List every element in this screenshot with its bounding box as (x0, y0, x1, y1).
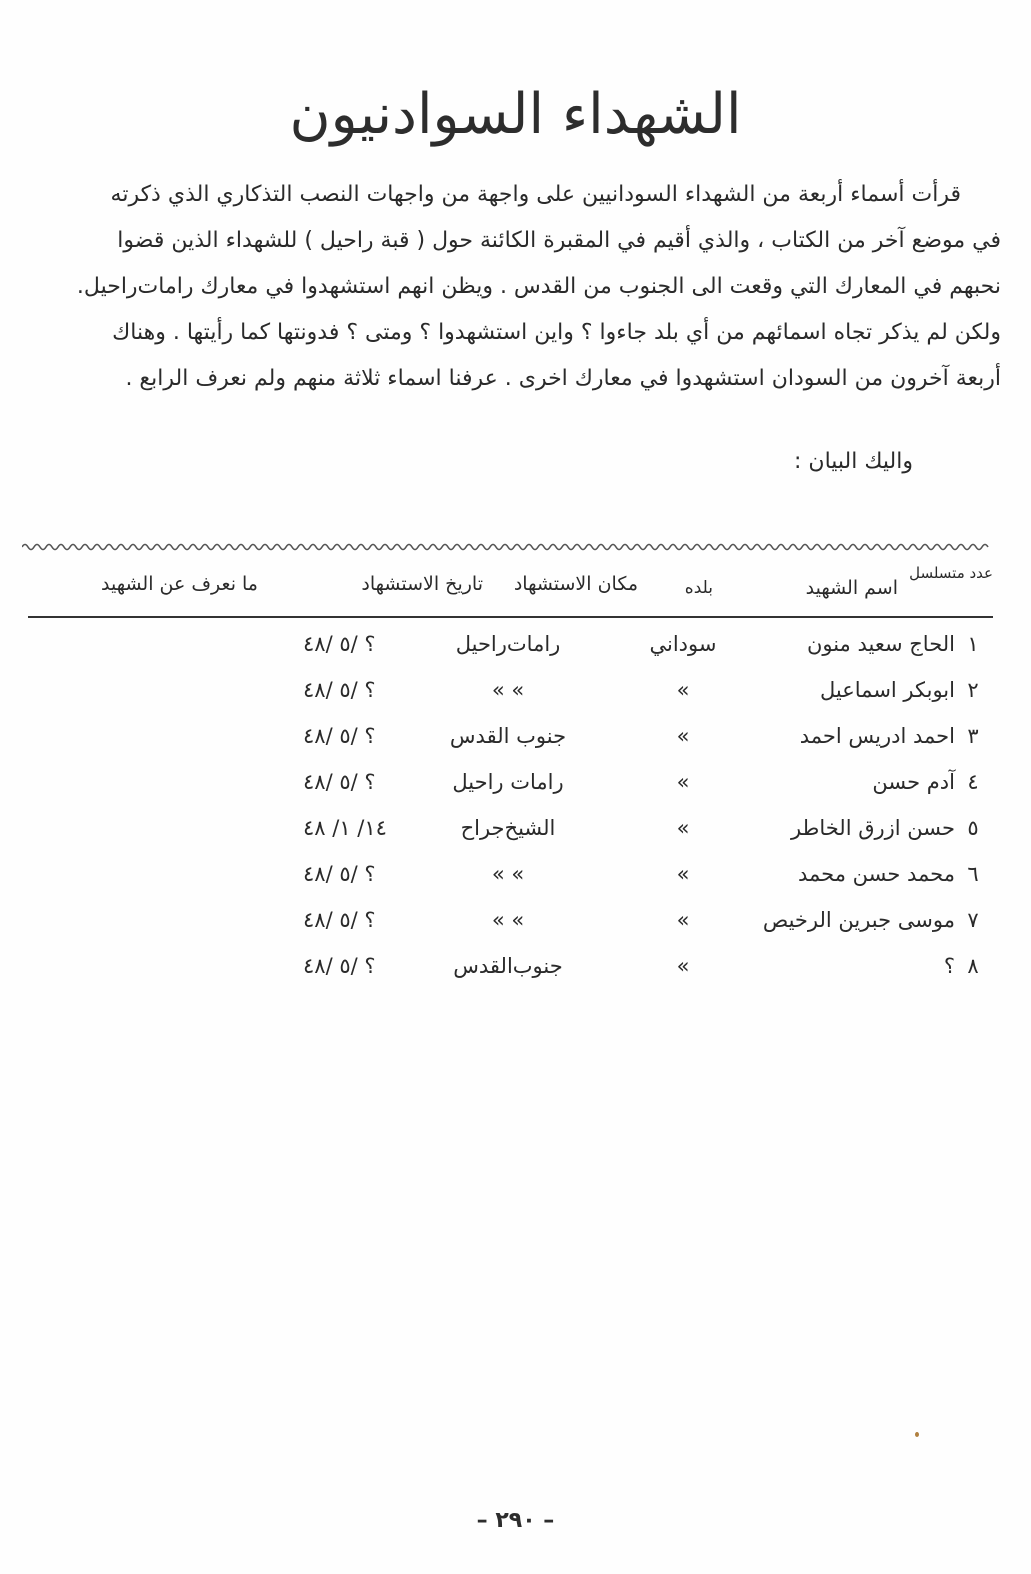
martyrs-table: عدد متسلسل اسم الشهيد بلده مكان الاستشها… (28, 558, 993, 994)
cell-name: الحاج سعيد منون (807, 632, 955, 656)
intro-line: أربعة آخرون من السودان استشهدوا في معارك… (26, 356, 1001, 402)
cell-date: ؟ /٥ /٤٨ (303, 770, 413, 794)
cell-country: » (643, 862, 723, 886)
cell-country: » (643, 678, 723, 702)
table-row: ٦ محمد حسن محمد » » » ؟ /٥ /٤٨ (28, 856, 993, 902)
cell-country: » (643, 954, 723, 978)
table-row: ٥ حسن ازرق الخاطر » الشيخ‌جراح ١٤/ ١/ ٤٨ (28, 810, 993, 856)
cell-country: » (643, 816, 723, 840)
table-row: ٢ ابوبكر اسماعيل » » » ؟ /٥ /٤٨ (28, 672, 993, 718)
page-number: – ٢٩٠ – (0, 1508, 1031, 1533)
cell-country: سوداني (643, 632, 723, 656)
cell-date: ؟ /٥ /٤٨ (303, 632, 413, 656)
cell-place: » » (433, 678, 583, 702)
table-row: ٧ موسى جبرين الرخيص » » » ؟ /٥ /٤٨ (28, 902, 993, 948)
cell-place: رامات راحيل (433, 770, 583, 794)
cell-serial: ٨ (963, 954, 983, 978)
lead-in-text: واليك البيان : (794, 442, 913, 482)
cell-place: الشيخ‌جراح (433, 816, 583, 840)
cell-serial: ١ (963, 632, 983, 656)
cell-name: ؟ (944, 954, 955, 978)
cell-place: » » (433, 862, 583, 886)
header-country: بلده (685, 576, 713, 600)
intro-line: في موضع آخر من الكتاب ، والذي أقيم في ال… (26, 218, 1001, 264)
header-known: ما نعرف عن الشهيد (101, 572, 258, 596)
cell-name: موسى جبرين الرخيص (763, 908, 955, 932)
cell-name: حسن ازرق الخاطر (791, 816, 955, 840)
book-page: الشهداء السوادنيون قرأت أسماء أربعة من ا… (0, 0, 1031, 1574)
cell-place: جنوب القدس (433, 724, 583, 748)
cell-place: رامات‌راحيل (433, 632, 583, 656)
cell-date: ؟ /٥ /٤٨ (303, 862, 413, 886)
cell-name: احمد ادريس احمد (800, 724, 955, 748)
intro-line: قرأت أسماء أربعة من الشهداء السودانيين ع… (26, 172, 1001, 218)
paper-speck (915, 1432, 919, 1437)
table-body: ١ الحاج سعيد منون سوداني رامات‌راحيل ؟ /… (28, 626, 993, 994)
cell-country: » (643, 908, 723, 932)
cell-serial: ٦ (963, 862, 983, 886)
cell-place: » » (433, 908, 583, 932)
cell-serial: ٧ (963, 908, 983, 932)
cell-name: ابوبكر اسماعيل (820, 678, 955, 702)
cell-date: ؟ /٥ /٤٨ (303, 678, 413, 702)
table-row: ٨ ؟ » جنوب‌القدس ؟ /٥ /٤٨ (28, 948, 993, 994)
table-row: ٣ احمد ادريس احمد » جنوب القدس ؟ /٥ /٤٨ (28, 718, 993, 764)
table-header: عدد متسلسل اسم الشهيد بلده مكان الاستشها… (28, 558, 993, 618)
intro-paragraph: قرأت أسماء أربعة من الشهداء السودانيين ع… (26, 172, 1001, 402)
header-date: تاريخ الاستشهاد (361, 572, 483, 596)
cell-country: » (643, 724, 723, 748)
cell-date: ١٤/ ١/ ٤٨ (303, 816, 413, 840)
header-serial: عدد متسلسل (935, 562, 993, 584)
cell-serial: ٢ (963, 678, 983, 702)
cell-date: ؟ /٥ /٤٨ (303, 724, 413, 748)
page-title: الشهداء السوادنيون (0, 70, 1031, 160)
header-name: اسم الشهيد (806, 576, 898, 600)
cell-serial: ٤ (963, 770, 983, 794)
cell-serial: ٥ (963, 816, 983, 840)
cell-place: جنوب‌القدس (433, 954, 583, 978)
cell-date: ؟ /٥ /٤٨ (303, 908, 413, 932)
cell-serial: ٣ (963, 724, 983, 748)
intro-line: ولكن لم يذكر تجاه اسمائهم من أي بلد جاءو… (26, 310, 1001, 356)
table-row: ٤ آدم حسن » رامات راحيل ؟ /٥ /٤٨ (28, 764, 993, 810)
cell-country: » (643, 770, 723, 794)
intro-line: نحبهم في المعارك التي وقعت الى الجنوب من… (26, 264, 1001, 310)
header-place: مكان الاستشهاد (514, 572, 638, 596)
cell-name: آدم حسن (872, 770, 955, 794)
wavy-divider (22, 540, 990, 554)
cell-date: ؟ /٥ /٤٨ (303, 954, 413, 978)
cell-name: محمد حسن محمد (798, 862, 955, 886)
table-row: ١ الحاج سعيد منون سوداني رامات‌راحيل ؟ /… (28, 626, 993, 672)
